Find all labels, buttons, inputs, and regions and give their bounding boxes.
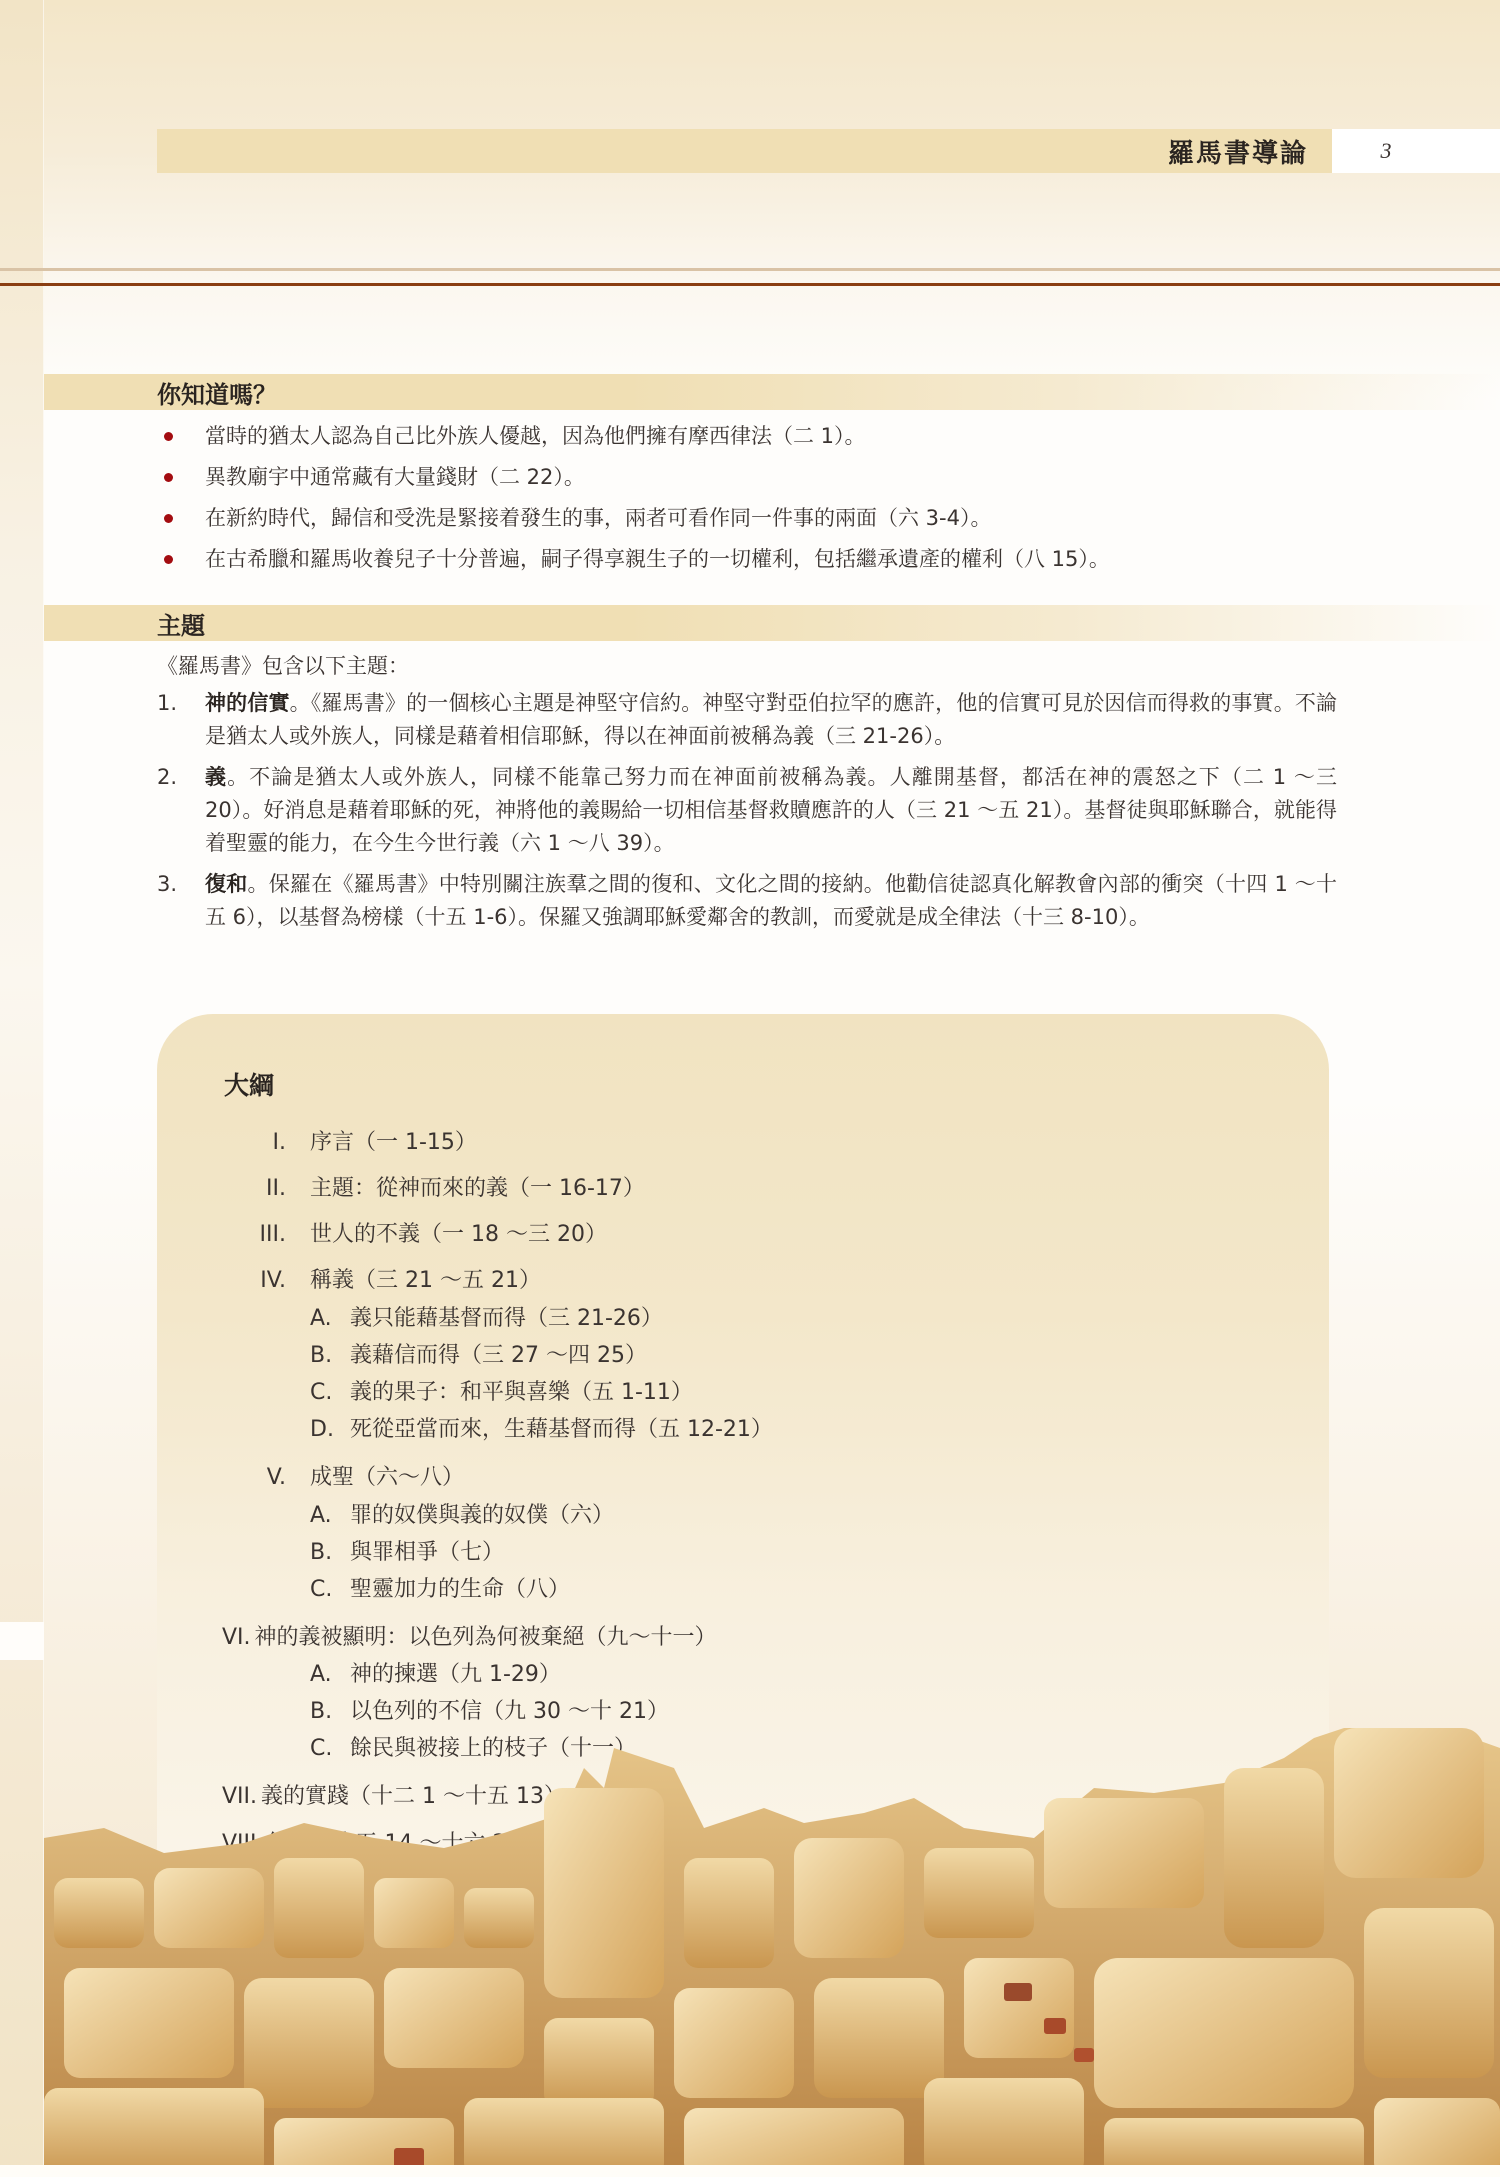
left-margin-notch bbox=[0, 1622, 44, 1660]
bullet-icon bbox=[164, 514, 173, 523]
theme-text: 。《羅馬書》的一個核心主題是神堅守信約。神堅守對亞伯拉罕的應許，他的信實可見於因… bbox=[205, 691, 1337, 748]
theme-number: 2. bbox=[157, 761, 177, 794]
theme-text: 。不論是猶太人或外族人，同樣不能靠己努力而在神面前被稱為義。人離開基督，都活在神… bbox=[205, 765, 1337, 855]
theme-text: 。保羅在《羅馬書》中特別關注族羣之間的復和、文化之間的接納。他勸信徒認真化解教會… bbox=[205, 872, 1337, 929]
theme-title: 神的信實 bbox=[205, 691, 290, 715]
page-number-box: 3 bbox=[1332, 129, 1500, 173]
outline-item: VI.神的義被顯明：以色列為何被棄絕（九～十一） bbox=[222, 1623, 717, 1653]
list-item: 在新約時代，歸信和受洗是緊接着發生的事，兩者可看作同一件事的兩面（六 3-4）。 bbox=[157, 498, 1110, 539]
list-item: 異教廟宇中通常藏有大量錢財（二 22）。 bbox=[157, 457, 1110, 498]
theme-item: 1.神的信實。《羅馬書》的一個核心主題是神堅守信約。神堅守對亞伯拉罕的應許，他的… bbox=[157, 687, 1337, 753]
themes-list: 1.神的信實。《羅馬書》的一個核心主題是神堅守信約。神堅守對亞伯拉罕的應許，他的… bbox=[157, 687, 1337, 942]
theme-item: 3.復和。保羅在《羅馬書》中特別關注族羣之間的復和、文化之間的接納。他勸信徒認真… bbox=[157, 868, 1337, 934]
outline-sub-item: B.以色列的不信（九 30 ～十 21） bbox=[310, 1697, 669, 1727]
stone-wall-image bbox=[44, 1728, 1500, 2177]
theme-number: 1. bbox=[157, 687, 177, 720]
outline-heading: 大綱 bbox=[224, 1066, 274, 1102]
bullet-icon bbox=[164, 555, 173, 564]
running-header: 羅馬書導論 bbox=[157, 129, 1332, 173]
theme-number: 3. bbox=[157, 868, 177, 901]
outline-sub-item: D.死從亞當而來，生藉基督而得（五 12-21） bbox=[310, 1415, 773, 1445]
page-bottom-edge bbox=[0, 2165, 1500, 2177]
left-margin-strip bbox=[0, 0, 44, 2177]
did-you-know-heading: 你知道嗎？ bbox=[157, 375, 277, 410]
outline-item: IV.稱義（三 21 ～五 21） bbox=[250, 1266, 541, 1296]
outline-item: I.序言（一 1-15） bbox=[260, 1128, 477, 1158]
outline-item: II.主題：從神而來的義（一 16-17） bbox=[260, 1174, 645, 1204]
outline-sub-item: B.與罪相爭（七） bbox=[310, 1538, 504, 1568]
outline-sub-item: C.義的果子：和平與喜樂（五 1-11） bbox=[310, 1378, 693, 1408]
list-item: 當時的猶太人認為自己比外族人優越，因為他們擁有摩西律法（二 1）。 bbox=[157, 416, 1110, 457]
list-item: 在古希臘和羅馬收養兒子十分普遍，嗣子得享親生子的一切權利，包括繼承遺產的權利（八… bbox=[157, 539, 1110, 580]
outline-sub-item: A.神的揀選（九 1-29） bbox=[310, 1660, 561, 1690]
bullet-icon bbox=[164, 473, 173, 482]
outline-item: III.世人的不義（一 18 ～三 20） bbox=[250, 1220, 607, 1250]
theme-item: 2.義。不論是猶太人或外族人，同樣不能靠己努力而在神面前被稱為義。人離開基督，都… bbox=[157, 761, 1337, 860]
header-rule-thick bbox=[0, 283, 1500, 286]
bullet-icon bbox=[164, 432, 173, 441]
page-number: 3 bbox=[1381, 138, 1392, 164]
did-you-know-list: 當時的猶太人認為自己比外族人優越，因為他們擁有摩西律法（二 1）。 異教廟宇中通… bbox=[157, 416, 1110, 580]
themes-intro: 《羅馬書》包含以下主題： bbox=[157, 648, 409, 684]
theme-title: 義 bbox=[205, 765, 227, 789]
header-rule-thin bbox=[0, 268, 1500, 271]
outline-sub-item: A.罪的奴僕與義的奴僕（六） bbox=[310, 1501, 614, 1531]
outline-sub-item: B.義藉信而得（三 27 ～四 25） bbox=[310, 1341, 647, 1371]
did-you-know-heading-bar: 你知道嗎？ bbox=[44, 374, 1500, 410]
outline-sub-item: C.聖靈加力的生命（八） bbox=[310, 1575, 570, 1605]
theme-title: 復和 bbox=[205, 872, 248, 896]
outline-sub-item: A.義只能藉基督而得（三 21-26） bbox=[310, 1304, 663, 1334]
themes-heading-bar: 主題 bbox=[44, 605, 1500, 641]
outline-item: V.成聖（六～八） bbox=[256, 1463, 464, 1493]
themes-heading: 主題 bbox=[157, 606, 205, 641]
running-header-title: 羅馬書導論 bbox=[1168, 133, 1308, 170]
